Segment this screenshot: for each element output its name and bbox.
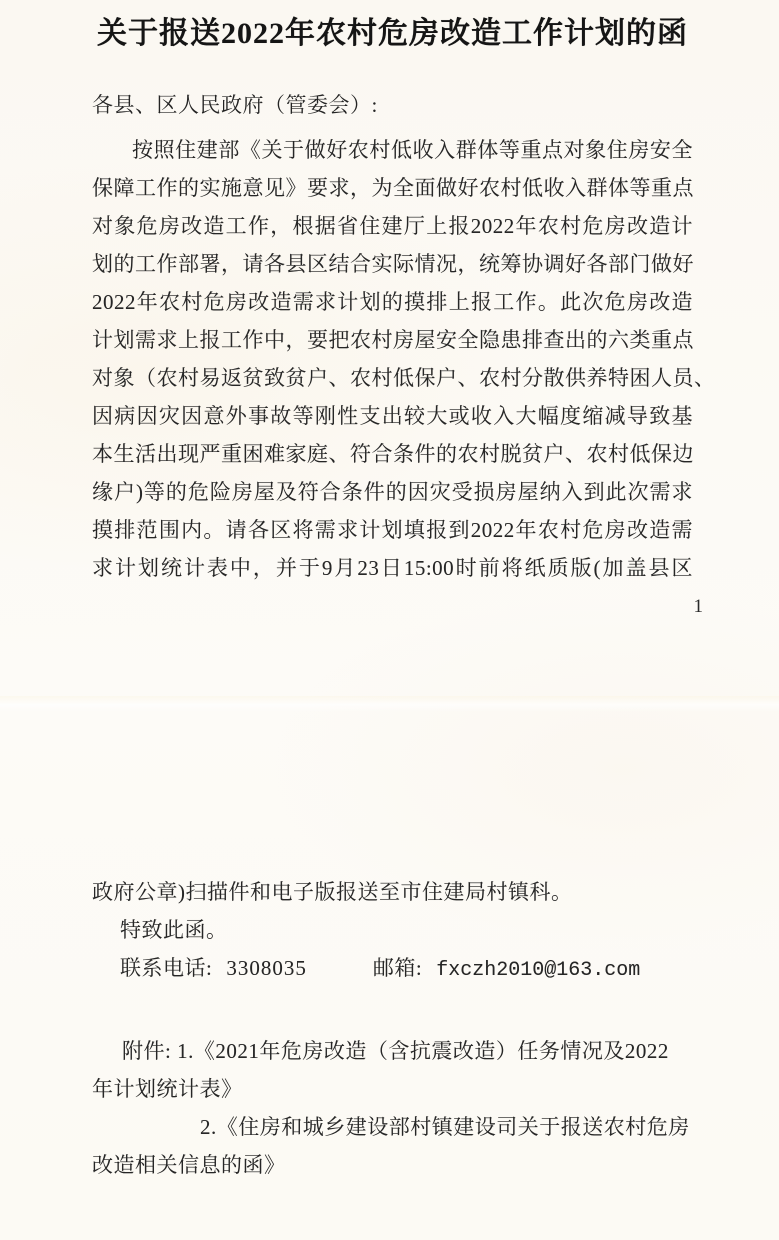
document-content: 关于报送2022年农村危房改造工作计划的函 各县、区人民政府（管委会）: 按照住… [0,14,779,1184]
body-line: 划的工作部署，请各县区结合实际情况，统筹协调好各部门做好 [92,245,693,283]
body-line: 对象危房改造工作，根据省住建厅上报2022年农村危房改造计 [92,207,693,245]
closing-line: 特致此函。 [92,911,693,949]
body-line: 对象（农村易返贫致贫户、农村低保户、农村分散供养特困人员、 [92,359,693,397]
body-line: 计划需求上报工作中，要把农村房屋安全隐患排查出的六类重点 [92,321,693,359]
email-address: fxczh2010@163.com [436,952,640,990]
attachments-section: 附件: 1.《2021年危房改造（含抗震改造）任务情况及2022 年计划统计表》… [92,1032,693,1184]
main-paragraph: 按照住建部《关于做好农村低收入群体等重点对象住房安全 保障工作的实施意见》要求，… [92,131,693,587]
document-title: 关于报送2022年农村危房改造工作计划的函 [92,14,693,54]
salutation-line: 各县、区人民政府（管委会）: [92,90,693,120]
page-two-section: 政府公章)扫描件和电子版报送至市住建局村镇科。 特致此函。 联系电话: 3308… [92,873,693,990]
attachment-line: 附件: 1.《2021年危房改造（含抗震改造）任务情况及2022 [92,1032,693,1070]
body-line: 保障工作的实施意见》要求，为全面做好农村低收入群体等重点 [92,169,693,207]
phone-label: 联系电话: [120,949,212,987]
page-number: 1 [694,596,704,618]
contact-line: 联系电话: 3308035 邮箱: fxczh2010@163.com [92,949,693,990]
continuation-line: 政府公章)扫描件和电子版报送至市住建局村镇科。 [92,873,693,911]
scanned-document-page: 关于报送2022年农村危房改造工作计划的函 各县、区人民政府（管委会）: 按照住… [0,0,779,1240]
body-line: 2022年农村危房改造需求计划的摸排上报工作。此次危房改造 [92,283,693,321]
attachment-line: 2.《住房和城乡建设部村镇建设司关于报送农村危房 [92,1108,693,1146]
body-line: 缘户)等的危险房屋及符合条件的因灾受损房屋纳入到此次需求 [92,473,693,511]
attachment-line: 改造相关信息的函》 [92,1146,693,1184]
body-line: 本生活出现严重困难家庭、符合条件的农村脱贫户、农村低保边 [92,435,693,473]
body-line: 摸排范围内。请各区将需求计划填报到2022年农村危房改造需 [92,511,693,549]
email-label: 邮箱: [373,949,422,987]
body-line: 按照住建部《关于做好农村低收入群体等重点对象住房安全 [92,131,693,169]
body-line: 因病因灾因意外事故等刚性支出较大或收入大幅度缩减导致基 [92,397,693,435]
body-line: 求计划统计表中，并于9月23日15:00时前将纸质版(加盖县区 [92,549,693,587]
attachment-line: 年计划统计表》 [92,1070,693,1108]
phone-number: 3308035 [226,949,307,987]
